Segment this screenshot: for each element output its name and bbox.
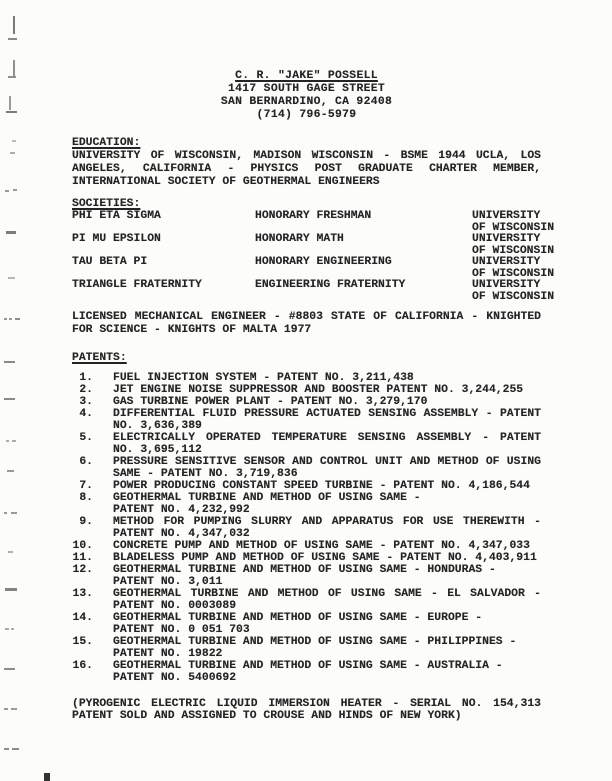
society-institution: UNIVERSITYOF WISCONSIN <box>472 234 558 257</box>
patent-line: PATENT NO. 19822 <box>113 648 541 660</box>
patent-line: ELECTRICALLY OPERATED TEMPERATURE SENSIN… <box>113 432 541 444</box>
patent-text: DIFFERENTIAL FLUID PRESSURE ACTUATED SEN… <box>113 408 541 432</box>
scan-mark <box>5 190 9 192</box>
license-line: FOR SCIENCE - KNIGHTS OF MALTA 1977 <box>72 324 541 337</box>
patent-line: PATENT NO. 4,347,032 <box>113 528 541 540</box>
patent-number: 8. <box>72 492 93 504</box>
patent-item: 8.GEOTHERMAL TURBINE AND METHOD OF USING… <box>72 492 541 516</box>
education-heading: EDUCATION: <box>72 137 541 150</box>
scan-mark <box>11 628 14 630</box>
patent-line: POWER PRODUCING CONSTANT SPEED TURBINE -… <box>113 480 541 492</box>
patent-number: 12. <box>72 564 93 576</box>
patent-number: 10. <box>72 540 93 552</box>
education-section: EDUCATION: UNIVERSITY OF WISCONSIN, MADI… <box>72 137 541 189</box>
patent-line: BLADELESS PUMP AND METHOD OF USING SAME … <box>113 552 541 564</box>
patent-number: 1. <box>72 372 93 384</box>
patent-line: DIFFERENTIAL FLUID PRESSURE ACTUATED SEN… <box>113 408 541 420</box>
patent-text: CONCRETE PUMP AND METHOD OF USING SAME -… <box>113 540 541 552</box>
patent-number: 7. <box>72 480 93 492</box>
scan-mark <box>13 60 15 76</box>
patent-line: GEOTHERMAL TURBINE AND METHOD OF USING S… <box>113 564 541 576</box>
scan-mark <box>5 628 9 630</box>
patent-item: 10.CONCRETE PUMP AND METHOD OF USING SAM… <box>72 540 541 552</box>
scan-mark <box>6 440 9 442</box>
institution-line: UNIVERSITY <box>472 211 558 223</box>
education-line: ANGELES, CALIFORNIA - PHYSICS POST GRADU… <box>72 163 541 176</box>
patent-number: 2. <box>72 384 93 396</box>
page-content: C. R. "JAKE" POSSELL 1417 SOUTH GAGE STR… <box>72 70 541 722</box>
patent-line: CONCRETE PUMP AND METHOD OF USING SAME -… <box>113 540 541 552</box>
patent-item: 11.BLADELESS PUMP AND METHOD OF USING SA… <box>72 552 541 564</box>
patents-section: PATENTS: 1.FUEL INJECTION SYSTEM - PATEN… <box>72 352 541 684</box>
patent-line: METHOD FOR PUMPING SLURRY AND APPARATUS … <box>113 516 541 528</box>
address-line-1: 1417 SOUTH GAGE STREET <box>72 83 541 96</box>
society-row: TRIANGLE FRATERNITYENGINEERING FRATERNIT… <box>72 280 558 303</box>
patent-text: BLADELESS PUMP AND METHOD OF USING SAME … <box>113 552 541 564</box>
patent-line: PATENT NO. 4,232,992 <box>113 504 541 516</box>
patent-text: JET ENGINE NOISE SUPPRESSOR AND BOOSTER … <box>113 384 541 396</box>
scan-mark <box>8 76 16 78</box>
scan-mark <box>11 708 17 710</box>
patent-line: JET ENGINE NOISE SUPPRESSOR AND BOOSTER … <box>113 384 541 396</box>
scan-mark <box>13 16 15 34</box>
patent-line: GAS TURBINE POWER PLANT - PATENT NO. 3,2… <box>113 396 541 408</box>
society-row: PI MU EPSILONHONORARY MATHUNIVERSITYOF W… <box>72 234 558 257</box>
scan-mark <box>11 512 17 514</box>
license-line: LICENSED MECHANICAL ENGINEER - #8803 STA… <box>72 311 541 324</box>
patent-number: 14. <box>72 612 93 624</box>
footnote-section: (PYROGENIC ELECTRIC LIQUID IMMERSION HEA… <box>72 698 541 722</box>
society-name: PHI ETA SIGMA <box>72 211 255 223</box>
patent-text: POWER PRODUCING CONSTANT SPEED TURBINE -… <box>113 480 541 492</box>
patent-item: 6.PRESSURE SENSITIVE SENSOR AND CONTROL … <box>72 456 541 480</box>
patent-number: 15. <box>72 636 93 648</box>
scan-mark <box>4 398 15 400</box>
scan-mark <box>9 318 12 320</box>
scan-mark <box>13 189 17 191</box>
patent-text: GEOTHERMAL TURBINE AND METHOD OF USING S… <box>113 564 541 588</box>
patent-number: 13. <box>72 588 93 600</box>
patent-line: NO. 3,636,389 <box>113 420 541 432</box>
institution-line: UNIVERSITY <box>472 234 558 246</box>
patent-text: GEOTHERMAL TURBINE AND METHOD OF USING S… <box>113 660 541 684</box>
scan-mark <box>8 277 15 279</box>
society-type: HONORARY MATH <box>255 234 472 246</box>
scan-mark <box>7 470 14 472</box>
society-institution: UNIVERSITYOF WISCONSIN <box>472 257 558 280</box>
society-type: HONORARY FRESHMAN <box>255 211 472 223</box>
patent-item: 3.GAS TURBINE POWER PLANT - PATENT NO. 3… <box>72 396 541 408</box>
patent-text: GEOTHERMAL TURBINE AND METHOD OF USING S… <box>113 588 541 612</box>
societies-table: PHI ETA SIGMAHONORARY FRESHMANUNIVERSITY… <box>72 211 558 303</box>
patent-number: 3. <box>72 396 93 408</box>
patent-text: GEOTHERMAL TURBINE AND METHOD OF USING S… <box>113 612 541 636</box>
contact-header: C. R. "JAKE" POSSELL 1417 SOUTH GAGE STR… <box>72 70 541 122</box>
patent-text: GEOTHERMAL TURBINE AND METHOD OF USING S… <box>113 636 541 660</box>
scan-mark <box>8 38 17 40</box>
scan-mark <box>12 748 19 750</box>
society-institution: UNIVERSITYOF WISCONSIN <box>472 280 558 303</box>
patent-text: METHOD FOR PUMPING SLURRY AND APPARATUS … <box>113 516 541 540</box>
phone-number: (714) 796-5979 <box>72 109 541 122</box>
scan-mark <box>4 318 7 320</box>
scan-mark <box>4 668 15 670</box>
patent-item: 13.GEOTHERMAL TURBINE AND METHOD OF USIN… <box>72 588 541 612</box>
patent-text: FUEL INJECTION SYSTEM - PATENT NO. 3,211… <box>113 372 541 384</box>
patent-line: PATENT NO. 0003089 <box>113 600 541 612</box>
society-type: ENGINEERING FRATERNITY <box>255 280 472 292</box>
scan-mark <box>6 231 16 234</box>
patent-item: 12.GEOTHERMAL TURBINE AND METHOD OF USIN… <box>72 564 541 588</box>
patent-text: GAS TURBINE POWER PLANT - PATENT NO. 3,2… <box>113 396 541 408</box>
society-name: PI MU EPSILON <box>72 234 255 246</box>
footnote-line: PATENT SOLD AND ASSIGNED TO CROUSE AND H… <box>72 710 541 722</box>
education-line: UNIVERSITY OF WISCONSIN, MADISON WISCONS… <box>72 150 541 163</box>
institution-line: OF WISCONSIN <box>472 292 558 304</box>
patent-line: GEOTHERMAL TURBINE AND METHOD OF USING S… <box>113 636 541 648</box>
society-row: TAU BETA PIHONORARY ENGINEERINGUNIVERSIT… <box>72 257 558 280</box>
person-name: C. R. "JAKE" POSSELL <box>72 70 541 83</box>
patent-line: FUEL INJECTION SYSTEM - PATENT NO. 3,211… <box>113 372 541 384</box>
scan-mark <box>12 140 16 142</box>
patent-text: PRESSURE SENSITIVE SENSOR AND CONTROL UN… <box>113 456 541 480</box>
footnote-line: (PYROGENIC ELECTRIC LIQUID IMMERSION HEA… <box>72 698 541 710</box>
patent-line: GEOTHERMAL TURBINE AND METHOD OF USING S… <box>113 612 541 624</box>
scan-mark <box>44 773 50 781</box>
education-line: INTERNATIONAL SOCIETY OF GEOTHERMAL ENGI… <box>72 176 541 189</box>
patent-item: 14.GEOTHERMAL TURBINE AND METHOD OF USIN… <box>72 612 541 636</box>
scan-mark <box>12 440 16 442</box>
patent-number: 6. <box>72 456 93 468</box>
patent-item: 15.GEOTHERMAL TURBINE AND METHOD OF USIN… <box>72 636 541 660</box>
patent-number: 11. <box>72 552 93 564</box>
patent-item: 5.ELECTRICALLY OPERATED TEMPERATURE SENS… <box>72 432 541 456</box>
patent-item: 7.POWER PRODUCING CONSTANT SPEED TURBINE… <box>72 480 541 492</box>
patents-heading: PATENTS: <box>72 352 541 365</box>
patent-line: SAME - PATENT NO. 3,719,836 <box>113 468 541 480</box>
patent-text: ELECTRICALLY OPERATED TEMPERATURE SENSIN… <box>113 432 541 456</box>
patent-number: 5. <box>72 432 93 444</box>
patent-item: 9.METHOD FOR PUMPING SLURRY AND APPARATU… <box>72 516 541 540</box>
scan-mark <box>6 111 17 113</box>
scan-mark <box>10 152 15 154</box>
scan-mark <box>5 588 17 591</box>
scan-mark <box>15 318 20 320</box>
society-name: TRIANGLE FRATERNITY <box>72 280 255 292</box>
education-text: UNIVERSITY OF WISCONSIN, MADISON WISCONS… <box>72 150 541 189</box>
license-text: LICENSED MECHANICAL ENGINEER - #8803 STA… <box>72 311 541 337</box>
society-row: PHI ETA SIGMAHONORARY FRESHMANUNIVERSITY… <box>72 211 558 234</box>
institution-line: UNIVERSITY <box>472 280 558 292</box>
patent-item: 4.DIFFERENTIAL FLUID PRESSURE ACTUATED S… <box>72 408 541 432</box>
patent-item: 1.FUEL INJECTION SYSTEM - PATENT NO. 3,2… <box>72 372 541 384</box>
patent-line: GEOTHERMAL TURBINE AND METHOD OF USING S… <box>113 588 541 600</box>
scanned-resume-page: C. R. "JAKE" POSSELL 1417 SOUTH GAGE STR… <box>0 0 612 781</box>
patent-line: PATENT NO. 3,011 <box>113 576 541 588</box>
societies-section: SOCIETIES: PHI ETA SIGMAHONORARY FRESHMA… <box>72 198 541 303</box>
patent-item: 16.GEOTHERMAL TURBINE AND METHOD OF USIN… <box>72 660 541 684</box>
patent-text: GEOTHERMAL TURBINE AND METHOD OF USING S… <box>113 492 541 516</box>
scan-mark <box>9 96 11 110</box>
patent-line: NO. 3,695,112 <box>113 444 541 456</box>
address-line-2: SAN BERNARDINO, CA 92408 <box>72 96 541 109</box>
patent-number: 9. <box>72 516 93 528</box>
scan-mark <box>4 512 7 514</box>
patent-number: 4. <box>72 408 93 420</box>
scan-mark <box>8 551 13 553</box>
scan-mark <box>4 748 9 750</box>
footnote-text: (PYROGENIC ELECTRIC LIQUID IMMERSION HEA… <box>72 698 541 722</box>
patent-line: GEOTHERMAL TURBINE AND METHOD OF USING S… <box>113 660 541 672</box>
patents-list: 1.FUEL INJECTION SYSTEM - PATENT NO. 3,2… <box>72 372 541 684</box>
society-name: TAU BETA PI <box>72 257 255 269</box>
patent-line: GEOTHERMAL TURBINE AND METHOD OF USING S… <box>113 492 541 504</box>
patent-number: 16. <box>72 660 93 672</box>
society-institution: UNIVERSITYOF WISCONSIN <box>472 211 558 234</box>
society-type: HONORARY ENGINEERING <box>255 257 472 269</box>
patent-item: 2.JET ENGINE NOISE SUPPRESSOR AND BOOSTE… <box>72 384 541 396</box>
institution-line: UNIVERSITY <box>472 257 558 269</box>
license-section: LICENSED MECHANICAL ENGINEER - #8803 STA… <box>72 311 541 337</box>
patent-line: PATENT NO. 5400692 <box>113 672 541 684</box>
scan-mark <box>4 361 15 363</box>
patent-line: PATENT NO. 0 051 703 <box>113 624 541 636</box>
scan-mark <box>4 708 8 710</box>
patent-line: PRESSURE SENSITIVE SENSOR AND CONTROL UN… <box>113 456 541 468</box>
